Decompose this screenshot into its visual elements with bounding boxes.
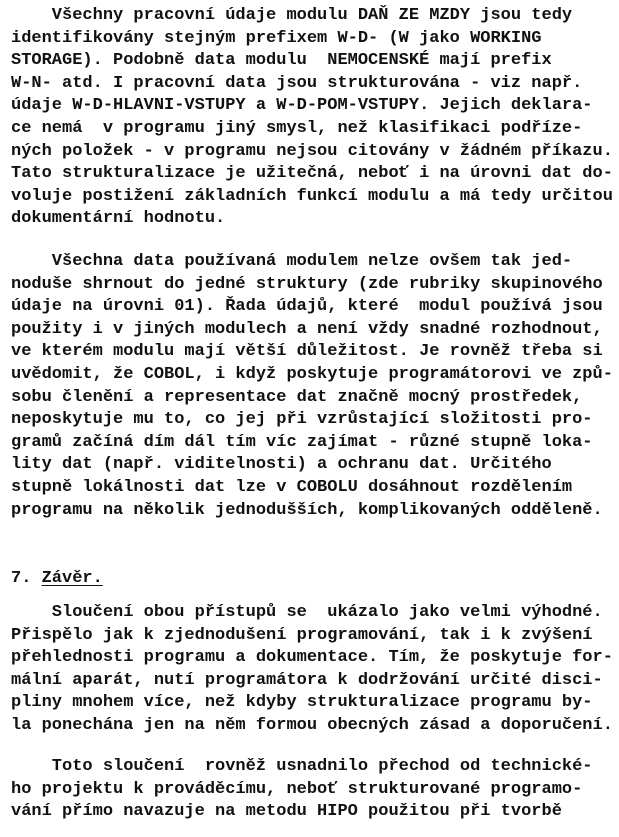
paragraph-line: mální aparát, nutí programátora k dodržo… [11, 671, 603, 691]
paragraph-line: sobu členění a representace dat značně m… [11, 388, 582, 408]
paragraph-line: W-N- atd. I pracovní data jsou strukturo… [11, 74, 582, 94]
paragraph-line: ve kterém modulu mají větší důležitost. … [11, 342, 603, 362]
paragraph-line: údaje W-D-HLAVNI-VSTUPY a W-D-POM-VSTUPY… [11, 96, 593, 116]
paragraph-line: ných položek - v programu nejsou citován… [11, 142, 613, 162]
paragraph-line: použity i v jiných modulech a není vždy … [11, 320, 603, 340]
typewritten-page: Všechny pracovní údaje modulu DAŇ ZE MZD… [0, 0, 619, 837]
paragraph-line: gramů začíná dím dál tím víc zajímat - r… [11, 433, 593, 453]
section-heading: 7. Závěr. [11, 569, 103, 589]
paragraph-line: uvědomit, že COBOL, i když poskytuje pro… [11, 365, 613, 385]
section-number: 7. [11, 569, 42, 588]
paragraph-line: programu na několik jednodušších, kompli… [11, 501, 603, 521]
paragraph-line: ce nemá v programu jiný smysl, než klasi… [11, 119, 582, 139]
paragraph-line: lity dat (např. viditelnosti) a ochranu … [11, 455, 552, 475]
paragraph-line: identifikovány stejným prefixem W-D- (W … [11, 29, 542, 49]
paragraph-line: Tato strukturalizace je užitečná, neboť … [11, 164, 613, 184]
paragraph-line: Všechny pracovní údaje modulu DAŇ ZE MZD… [11, 6, 572, 26]
paragraph-line: STORAGE). Podobně data modulu NEMOCENSKÉ… [11, 51, 552, 71]
paragraph-line: neposkytuje mu to, co jej při vzrůstajíc… [11, 410, 593, 430]
paragraph-line: Všechna data používaná modulem nelze ovš… [11, 252, 572, 272]
paragraph-line: vání přímo navazuje na metodu HIPO použi… [11, 802, 562, 822]
paragraph-line: voluje postižení základních funkcí modul… [11, 187, 613, 207]
paragraph-line: stupně lokálnosti dat lze v COBOLU dosáh… [11, 478, 572, 498]
paragraph-line: ho projektu k prováděcímu, neboť struktu… [11, 780, 582, 800]
paragraph-line: Přispělo jak k zjednodušení programování… [11, 626, 593, 646]
paragraph-line: la ponechána jen na něm formou obecných … [11, 716, 613, 736]
paragraph-line: Sloučení obou přístupů se ukázalo jako v… [11, 603, 603, 623]
paragraph-line: přehlednosti programu a dokumentace. Tím… [11, 648, 613, 668]
section-title: Závěr. [42, 569, 103, 588]
paragraph-line: údaje na úrovni 01). Řada údajů, které m… [11, 297, 603, 317]
paragraph-line: Toto sloučení rovněž usnadnilo přechod o… [11, 757, 593, 777]
paragraph-line: dokumentární hodnotu. [11, 209, 225, 229]
paragraph-line: pliny mnohem více, než kdyby strukturali… [11, 693, 593, 713]
paragraph-line: noduše shrnout do jedné struktury (zde r… [11, 275, 603, 295]
